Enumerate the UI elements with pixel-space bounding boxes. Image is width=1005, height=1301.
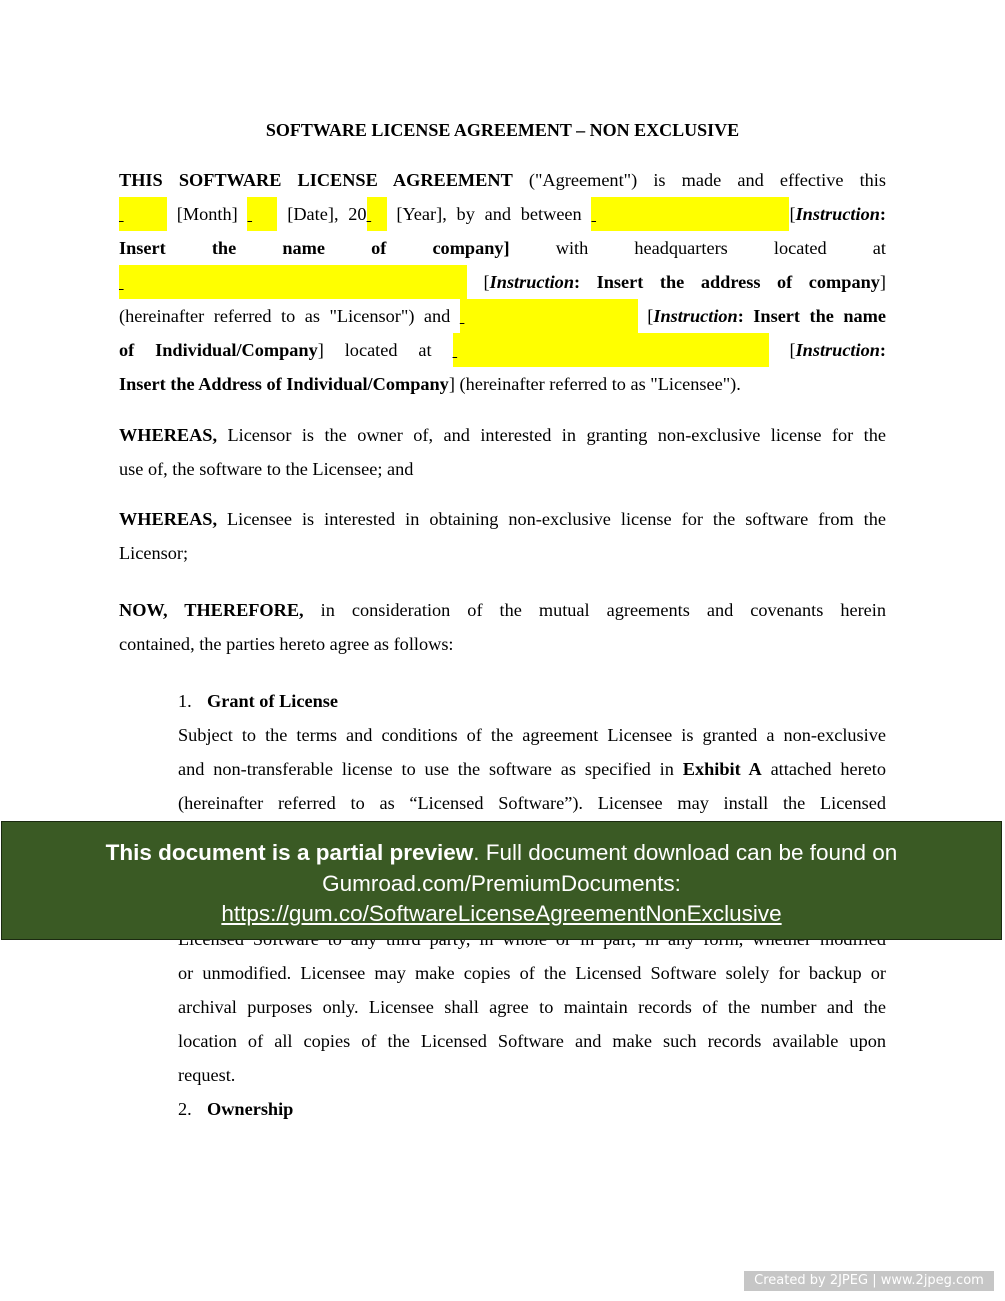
whereas-clause-1: WHEREAS, Licensor is the owner of, and i… (119, 418, 886, 486)
partial-preview-banner: This document is a partial preview. Full… (1, 821, 1002, 940)
section-1-heading: 1.Grant of License (178, 684, 338, 718)
section-1-body: Subject to the terms and conditions of t… (178, 718, 886, 820)
month-field[interactable] (119, 197, 167, 231)
licensor-name-field[interactable] (591, 197, 789, 231)
date-field[interactable] (247, 197, 277, 231)
whereas-clause-2: WHEREAS, Licensee is interested in obtai… (119, 502, 886, 570)
document-title: SOFTWARE LICENSE AGREEMENT – NON EXCLUSI… (0, 119, 1005, 141)
instruction-text: Insert the name of company] (119, 238, 510, 258)
watermark-badge: Created by 2JPEG | www.2jpeg.com (744, 1271, 994, 1291)
licensee-name-field[interactable] (460, 299, 638, 333)
year-field[interactable] (367, 197, 387, 231)
now-therefore-clause: NOW, THEREFORE, in consideration of the … (119, 593, 886, 661)
section-2-heading: 2.Ownership (178, 1092, 293, 1126)
licensee-address-field[interactable] (453, 333, 769, 367)
download-link[interactable]: https://gum.co/SoftwareLicenseAgreementN… (221, 901, 781, 926)
intro-paragraph: THIS SOFTWARE LICENSE AGREEMENT ("Agreem… (119, 163, 886, 401)
licensor-address-field[interactable] (119, 265, 467, 299)
document-page: SOFTWARE LICENSE AGREEMENT – NON EXCLUSI… (0, 0, 1005, 1301)
section-1-body-continued: Licensed Software to any third party, in… (178, 922, 886, 1092)
